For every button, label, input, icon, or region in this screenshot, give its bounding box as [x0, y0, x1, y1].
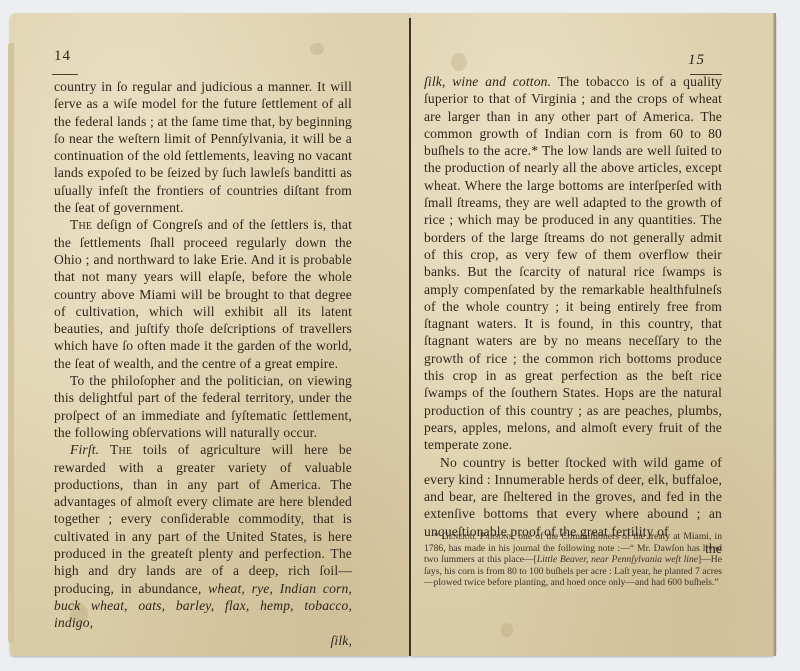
paragraph: Firſt. The toils of agriculture will her…	[54, 441, 352, 631]
foxing-spot	[501, 623, 513, 637]
paragraph: No country is better ſtocked with wild g…	[424, 454, 722, 540]
text-run: The tobacco is of a quality ſuperior to …	[424, 74, 722, 452]
right-page-body: ſilk, wine and cotton. The tobacco is of…	[424, 73, 722, 557]
footnote-text: * General Parsons, one of the Commiſſion…	[424, 531, 722, 589]
paragraph: ſilk, wine and cotton. The tobacco is of…	[424, 73, 722, 454]
small-caps-text: General Parsons	[442, 531, 513, 542]
page-number-left: 14	[54, 48, 71, 65]
text-run: *	[434, 531, 442, 542]
small-caps-text: The	[70, 217, 92, 232]
text-run: No country is better ſtocked with wild g…	[424, 455, 722, 539]
paragraph: The deſign of Congreſs and of the ſettle…	[54, 216, 352, 372]
gutter-fold	[409, 18, 411, 656]
text-run: toils of agriculture will here be reward…	[54, 442, 352, 595]
page-number-right: 15	[688, 52, 705, 69]
folio-rule	[52, 74, 78, 75]
foxing-spot	[451, 53, 467, 71]
italic-text: Firſt.	[70, 442, 99, 457]
paragraph: country in ſo regular and judicious a ma…	[54, 78, 352, 216]
foxing-spot	[310, 43, 324, 55]
text-run	[99, 442, 110, 457]
italic-text: ſilk, wine and cotton.	[424, 74, 551, 89]
text-run: To the philoſopher and the politician, o…	[54, 373, 352, 440]
text-run: country in ſo regular and judicious a ma…	[54, 79, 352, 215]
text-run: deſign of Congreſs and of the ſettlers i…	[54, 217, 352, 370]
footnote: * General Parsons, one of the Commiſſion…	[424, 531, 722, 589]
left-page-body: country in ſo regular and judicious a ma…	[54, 78, 352, 649]
catchword: ſilk,	[54, 632, 352, 649]
paragraph: To the philoſopher and the politician, o…	[54, 372, 352, 441]
italic-text: Little Beaver, near Pennſylvania weſt li…	[537, 554, 698, 565]
small-caps-text: The	[110, 442, 132, 457]
